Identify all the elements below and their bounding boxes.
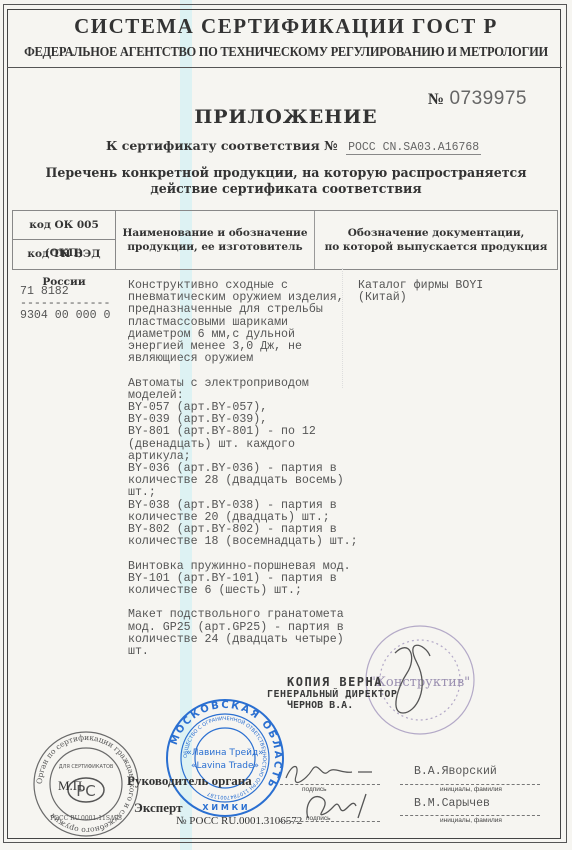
header-code-okp: код ОК 005 (ОКП) <box>13 211 115 240</box>
head-signature-line <box>280 784 380 785</box>
agency-title: ФЕДЕРАЛЬНОЕ АГЕНТСТВО ПО ТЕХНИЧЕСКОМУ РЕ… <box>20 44 552 60</box>
product-line: шт.; <box>128 487 358 499</box>
svg-text:«Lavina Trade»: «Lavina Trade» <box>191 761 259 771</box>
code-tnved: 9304 00 000 0 <box>20 310 110 322</box>
product-line: количестве 6 (шесть) шт.; <box>128 585 358 597</box>
expert-label: Эксперт <box>134 800 182 816</box>
head-of-body-label: Руководитель органа <box>127 773 252 789</box>
product-description: Конструктивно сходные спневматическим ор… <box>128 280 358 658</box>
product-line: пластмассовыми шариками <box>128 317 358 329</box>
certified-copy-block: КОПИЯ ВЕРНА ГЕНЕРАЛЬНЫЙ ДИРЕКТОР ЧЕРНОВ … <box>267 675 397 711</box>
table-header: код ОК 005 (ОКП) код ТН ВЭД России Наиме… <box>12 210 558 270</box>
mp-label: М.П. <box>58 778 85 794</box>
lavina-trade-stamp: МОСКОВСКАЯ ОБЛАСТЬ ОБЩЕСТВО С ОГРАНИЧЕНН… <box>165 698 285 818</box>
head-name-line <box>400 784 540 785</box>
product-line: количестве 24 (двадцать четыре) <box>128 634 358 646</box>
header-code-tnved: код ТН ВЭД России <box>13 240 115 268</box>
copy-name: ЧЕРНОВ В.А. <box>287 700 397 711</box>
product-line: (двенадцать) шт. каждого <box>128 439 358 451</box>
certificate-reference: К сертификату соответствия № РОСС CN.SA0… <box>106 138 481 155</box>
system-title: СИСТЕМА СЕРТИФИКАЦИИ ГОСТ Р <box>0 14 572 39</box>
list-title-line1: Перечень конкретной продукции, на котору… <box>0 165 572 181</box>
header-codes-cell: код ОК 005 (ОКП) код ТН ВЭД России <box>13 211 116 269</box>
product-line: количестве 28 (двадцать восемь) <box>128 475 358 487</box>
expert-name: В.М.Сарычев <box>414 797 490 810</box>
product-codes: 71 8182 ------------- 9304 00 000 0 <box>20 286 110 323</box>
svg-text:Х И М К И: Х И М К И <box>202 803 247 812</box>
header-product-line2: продукции, ее изготовитель <box>122 240 307 254</box>
copy-position: ГЕНЕРАЛЬНЫЙ ДИРЕКТОР <box>267 689 397 700</box>
appendix-title: ПРИЛОЖЕНИЕ <box>0 106 572 128</box>
svg-text:РОСС RU.0001.11SA03: РОСС RU.0001.11SA03 <box>50 815 122 822</box>
certificate-label: К сертификату соответствия № <box>106 138 338 153</box>
copy-true: КОПИЯ ВЕРНА <box>287 675 397 689</box>
column-separator <box>342 268 343 388</box>
product-line: Макет подствольного гранатомета <box>128 609 358 621</box>
product-line <box>128 548 358 560</box>
svg-text:ДЛЯ СЕРТИФИКАТОВ: ДЛЯ СЕРТИФИКАТОВ <box>59 764 114 770</box>
product-line: количестве 18 (восемнадцать) шт.; <box>128 536 358 548</box>
expert-name-caption: инициалы, фамилия <box>440 817 502 824</box>
header-product-line1: Наименование и обозначение <box>122 226 307 240</box>
documentation-description: Каталог фирмы BOYI(Китай) <box>358 280 483 304</box>
product-line <box>128 365 358 377</box>
certificate-sheet: СИСТЕМА СЕРТИФИКАЦИИ ГОСТ Р ФЕДЕРАЛЬНОЕ … <box>0 0 572 850</box>
standart-stamp: Орган по сертификации гражданского и слу… <box>30 728 142 840</box>
expert-name-line <box>400 815 540 816</box>
header-divider <box>7 67 562 68</box>
product-line: предназначенные для стрельбы <box>128 304 358 316</box>
product-line: BY-801 (арт.BY-801) - по 12 <box>128 426 358 438</box>
header-doc-line1: Обозначение документации, <box>325 226 548 240</box>
product-line: Автоматы с электроприводом <box>128 378 358 390</box>
product-line: являющиеся оружием <box>128 353 358 365</box>
product-line: шт. <box>128 646 358 658</box>
svg-text:«Лавина Трейд»: «Лавина Трейд» <box>186 748 264 758</box>
list-title-line2: действие сертификата соответствия <box>0 181 572 197</box>
header-product: Наименование и обозначение продукции, ее… <box>116 211 315 269</box>
expert-signature-caption: подпись <box>306 815 331 822</box>
list-title: Перечень конкретной продукции, на котору… <box>0 165 572 197</box>
head-name: В.А.Яворский <box>414 765 497 778</box>
documentation-line: (Китай) <box>358 292 483 304</box>
head-name-caption: инициалы, фамилия <box>440 786 502 793</box>
header-doc-line2: по которой выпускается продукция <box>325 240 548 254</box>
header-documentation: Обозначение документации, по которой вып… <box>315 211 557 269</box>
certificate-number: РОСС CN.SA03.A16768 <box>346 141 481 155</box>
